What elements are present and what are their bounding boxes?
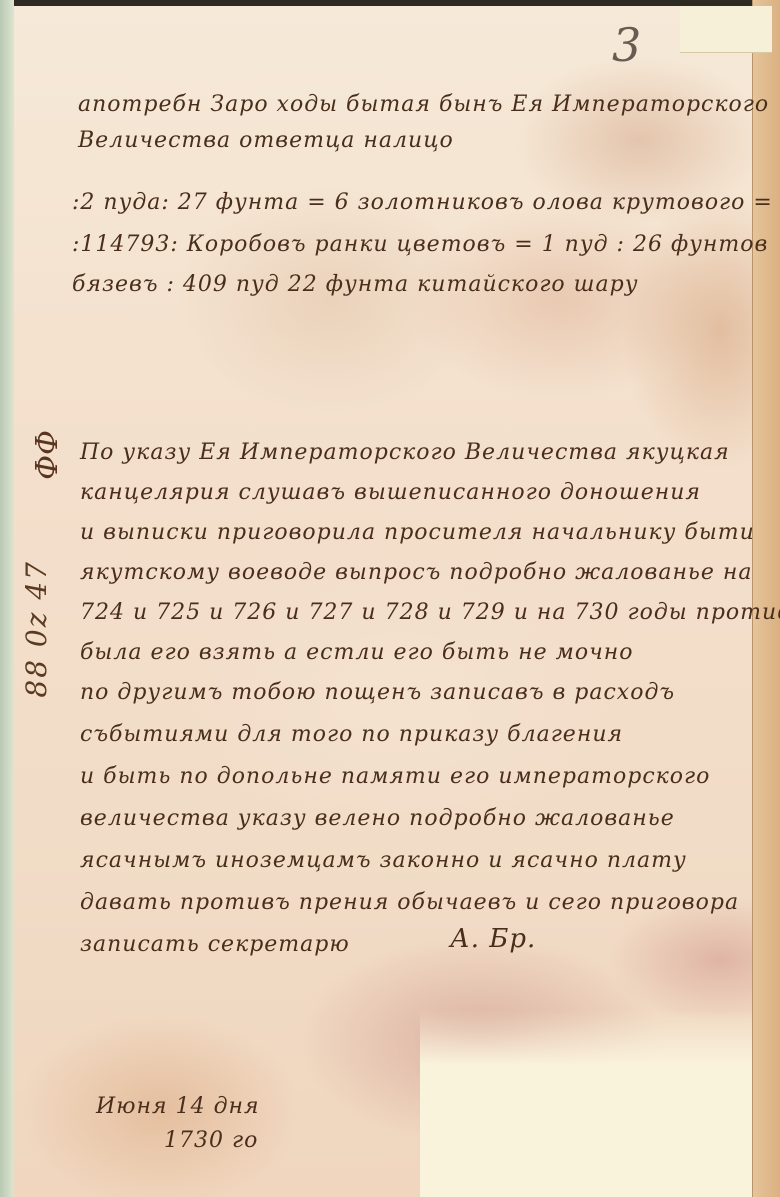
- body-line-4: якутскому воеводе выпросъ подробно жалов…: [80, 560, 753, 585]
- margin-mark: ФФ: [27, 430, 62, 480]
- body-line-8: събытиями для того по приказу благения: [80, 722, 623, 747]
- body-line-13: записать секретарю: [80, 932, 350, 957]
- scan-top-edge: [0, 0, 780, 6]
- binding-strip: [0, 0, 14, 1197]
- body-line-3: и выписки приговорила просителя начальни…: [80, 520, 755, 545]
- body-line-11: ясачнымъ иноземцамъ законно и ясачно пла…: [80, 848, 687, 873]
- footer-date-line-1: Июня 14 дня: [96, 1094, 260, 1119]
- header-line-2: Величества ответца налицо: [78, 128, 454, 153]
- paper-label-patch: [680, 6, 772, 53]
- body-line-12: давать противъ прения обычаевъ и сего пр…: [80, 890, 739, 915]
- body-line-5: 724 и 725 и 726 и 727 и 728 и 729 и на 7…: [80, 600, 780, 625]
- account-line-3: бязевъ : 409 пуд 22 фунта китайского шар…: [72, 272, 638, 297]
- manuscript-page: 3 апотребн Заро ходы бытая бынъ Ея Импер…: [0, 0, 780, 1197]
- signature: А. Бр.: [450, 924, 536, 954]
- margin-number: 88 0z 47: [20, 560, 60, 698]
- right-page-edge: [752, 0, 780, 1197]
- body-line-2: канцелярия слушавъ вышеписанного доношен…: [80, 480, 701, 505]
- body-line-1: По указу Ея Императорского Величества як…: [80, 440, 730, 465]
- header-line-1: апотребн Заро ходы бытая бынъ Ея Императ…: [78, 92, 769, 117]
- account-line-1: :2 пуда: 27 фунта = 6 золотниковъ олова …: [72, 190, 773, 215]
- footer-date-line-2: 1730 го: [164, 1128, 258, 1153]
- body-line-7: по другимъ тобою пощенъ записавъ в расхо…: [80, 680, 675, 705]
- body-line-10: величества указу велено подробно жалован…: [80, 806, 675, 831]
- account-line-2: :114793: Коробовъ ранки цветовъ = 1 пуд …: [72, 232, 768, 257]
- body-line-6: была его взять а естли его быть не мочно: [80, 640, 634, 665]
- folio-number: 3: [612, 18, 641, 72]
- lower-blank-area: [420, 1010, 752, 1197]
- body-line-9: и быть по допольне памяти его императорс…: [80, 764, 710, 789]
